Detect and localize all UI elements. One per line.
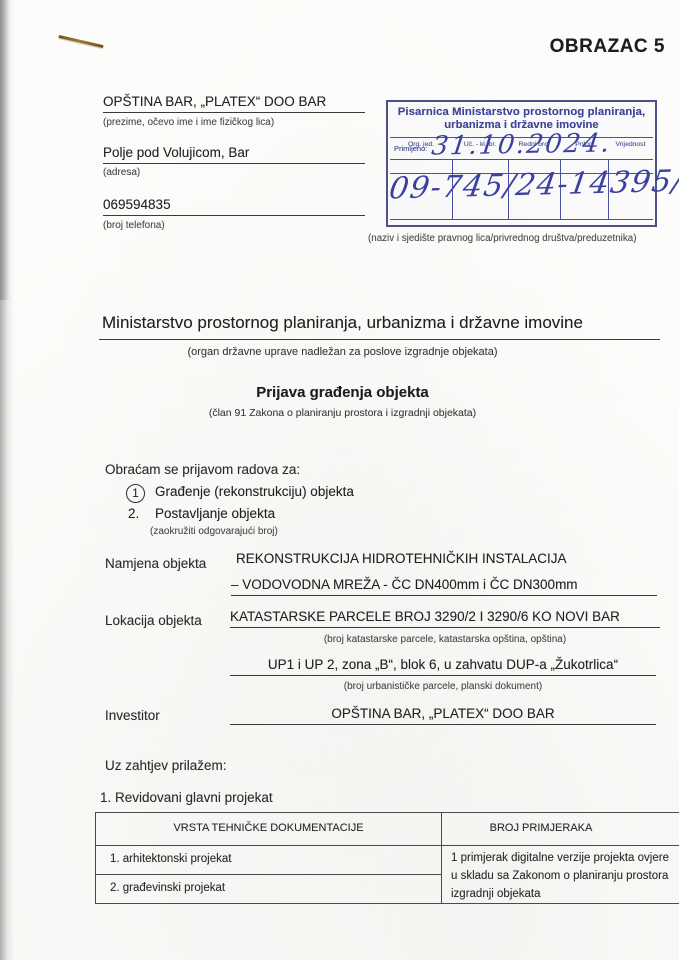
stamp-col-kl-br: Uč. - kl. br.: [452, 141, 508, 148]
authority-underline: [99, 339, 660, 340]
request-intro: Obraćam se prijavom radova za:: [105, 462, 300, 477]
urban-parcel-caption: (broj urbanističke parcele, planski doku…: [230, 681, 656, 692]
table-header-vrsta: VRSTA TEHNIČKE DOKUMENTACIJE: [96, 822, 441, 834]
urban-parcel-value: UP1 i UP 2, zona „B“, blok 6, u zahvatu …: [230, 657, 656, 676]
form-code: OBRAZAC 5: [550, 36, 665, 58]
lokacija-caption: (broj katastarske parcele, katastarska o…: [230, 634, 660, 645]
option-2-number: 2.: [128, 506, 139, 521]
option-1-circled-number: 1: [126, 484, 145, 503]
namjena-value-line2: – VODOVODNA MREŽA - ČC DN400mm i ČC DN30…: [231, 577, 657, 596]
scan-edge-shadow-top: [0, 0, 10, 300]
lokacija-label: Lokacija objekta: [105, 613, 202, 628]
attachments-intro: Uz zahtjev prilažem:: [105, 758, 227, 773]
staple-mark: [58, 35, 103, 48]
table-note: 1 primjerak digitalne verzije projekta o…: [451, 849, 679, 903]
form-subtitle: (član 91 Zakona o planiranju prostora i …: [55, 407, 630, 419]
attachment-item-1: 1. Revidovani glavni projekat: [100, 790, 273, 805]
table-row-arhitektonski: 1. arhitektonski projekat: [110, 853, 231, 865]
stamp-office-line1: Pisarnica Ministarstvo prostornog planir…: [388, 106, 655, 118]
stamp-col-prilog: Prilog: [560, 141, 608, 148]
table-row-gradjevinski: 2. građevinski projekat: [110, 882, 225, 894]
request-note: (zaokružiti odgovarajući broj): [150, 526, 278, 537]
entity-caption: (naziv i sjedište pravnog lica/privredno…: [368, 233, 636, 244]
scanned-form-page: OBRAZAC 5 OPŠTINA BAR, „PLATEX“ DOO BAR …: [0, 0, 679, 960]
table-note-line2: u skladu sa Zakonom o planiranju prostor…: [451, 867, 679, 885]
applicant-address: Polje pod Volujicom, Bar: [103, 145, 365, 164]
investitor-label: Investitor: [105, 708, 160, 723]
stamp-col-org-jed: Org. jed.: [390, 141, 452, 148]
option-1-label: Građenje (rekonstrukciju) objekta: [155, 484, 354, 499]
stamp-col-vrijednost: Vrijednost: [608, 141, 653, 148]
applicant-name: OPŠTINA BAR, „PLATEX“ DOO BAR: [103, 94, 365, 113]
applicant-address-caption: (adresa): [103, 167, 140, 178]
table-header-rule: [96, 845, 679, 846]
namjena-label: Namjena objekta: [105, 556, 206, 571]
form-title: Prijava građenja objekta: [55, 384, 630, 401]
applicant-phone: 069594835: [103, 197, 365, 216]
table-header-broj: BROJ PRIMJERAKA: [441, 822, 641, 834]
option-2-label: Postavljanje objekta: [155, 506, 275, 521]
documentation-table: VRSTA TEHNIČKE DOKUMENTACIJE BROJ PRIMJE…: [95, 812, 679, 904]
namjena-value-line1: REKONSTRUKCIJA HIDROTEHNIČKIH INSTALACIJ…: [236, 551, 567, 566]
stamp-col-redni-broj: Redni broj: [508, 141, 560, 148]
table-note-line3: izgradnji objekata: [451, 885, 679, 903]
stamp-grid: Primljeno: 31.10.2024. Org. jed. Uč. - k…: [390, 137, 653, 219]
authority-title: Ministarstvo prostornog planiranja, urba…: [55, 313, 630, 333]
lokacija-value: KATASTARSKE PARCELE BROJ 3290/2 I 3290/6…: [230, 609, 660, 628]
registry-stamp: Pisarnica Ministarstvo prostornog planir…: [386, 100, 657, 227]
table-note-line1: 1 primjerak digitalne verzije projekta o…: [451, 849, 679, 867]
investitor-value: OPŠTINA BAR, „PLATEX“ DOO BAR: [230, 706, 656, 725]
authority-caption: (organ državne uprave nadležan za poslov…: [55, 346, 630, 358]
table-row-divider: [96, 874, 441, 875]
applicant-phone-caption: (broj telefona): [103, 220, 165, 231]
stamp-case-number-handwritten: 09-745/24-14395/1: [387, 165, 658, 207]
applicant-name-caption: (prezime, očevo ime i ime fizičkog lica): [103, 117, 274, 128]
